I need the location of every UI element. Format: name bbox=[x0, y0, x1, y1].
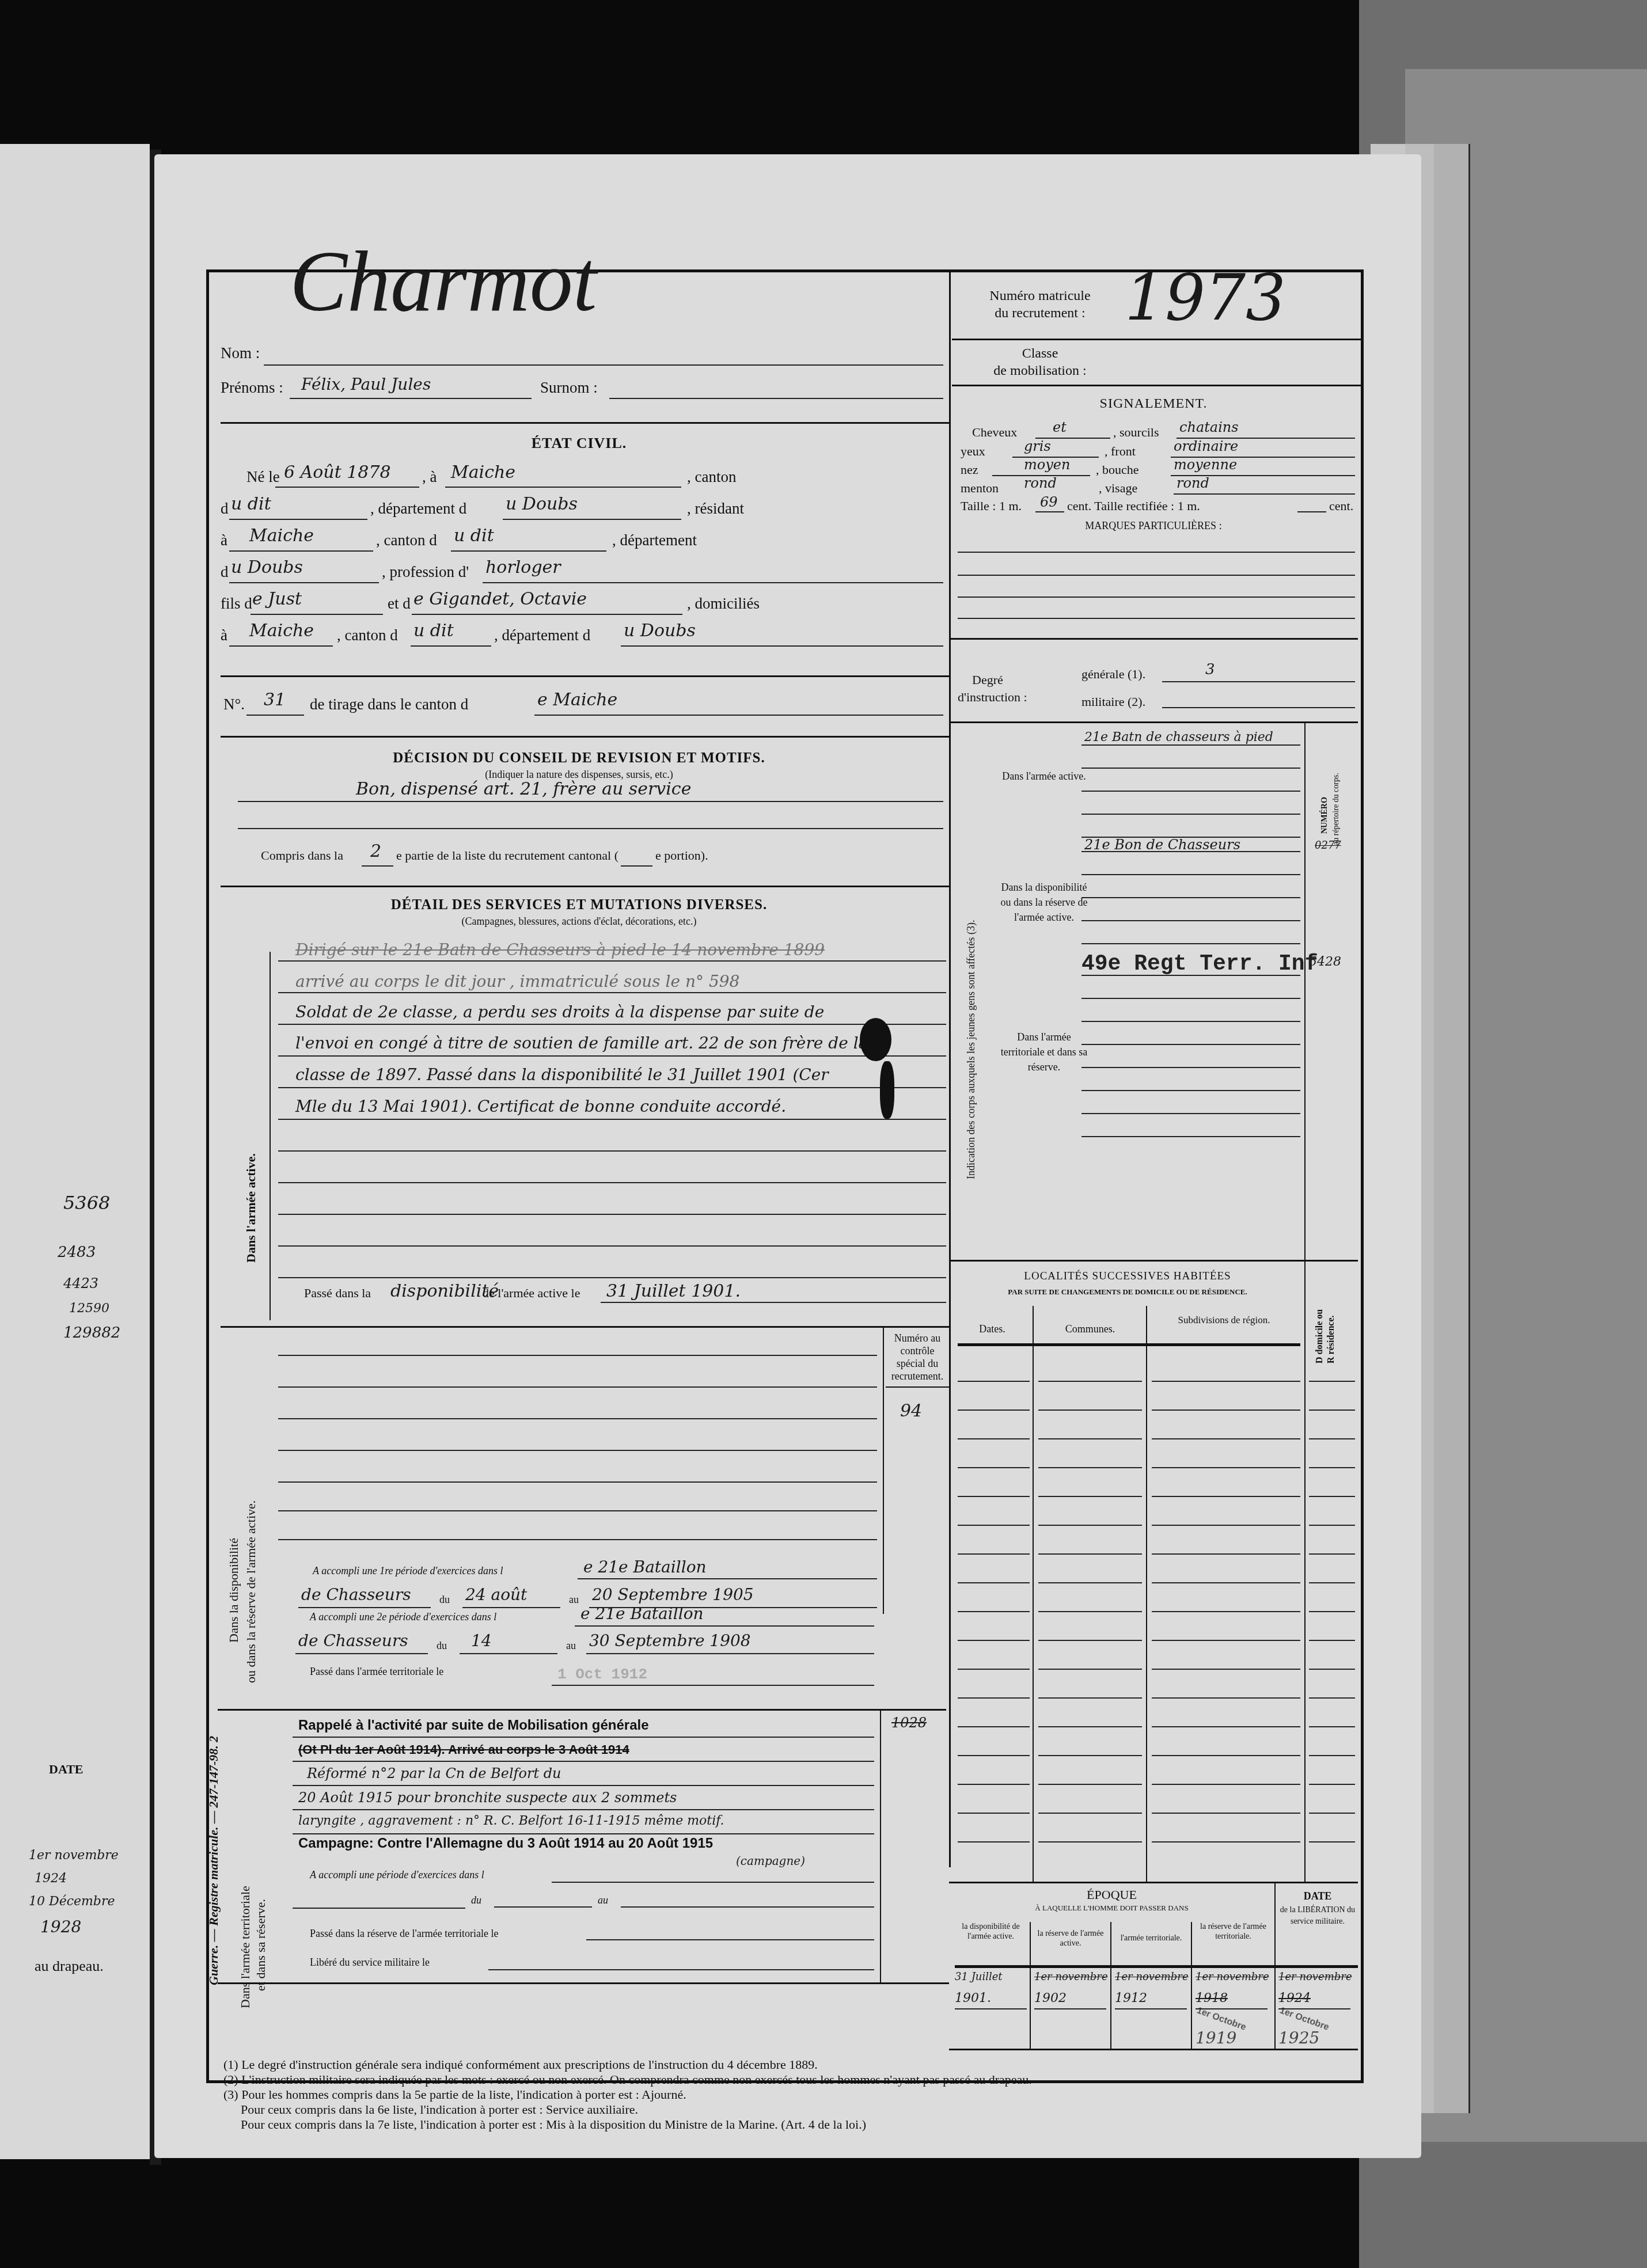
field-line bbox=[298, 1607, 431, 1608]
parents-residence: Maiche bbox=[249, 621, 314, 641]
field-line bbox=[601, 1302, 946, 1303]
field-line bbox=[278, 1087, 946, 1088]
left-number-1: 5368 bbox=[63, 1192, 110, 1214]
classe-label-2: de mobilisation : bbox=[968, 363, 1112, 379]
residence-departement: u Doubs bbox=[231, 557, 303, 578]
matricule-label-2: du recrutement : bbox=[968, 306, 1112, 321]
services-subtitle: (Campagnes, blessures, actions d'éclat, … bbox=[209, 915, 949, 928]
left-liberation-1: 1er novembre bbox=[29, 1848, 119, 1863]
periode1-unit: e 21e Bataillon bbox=[583, 1557, 707, 1576]
classe-label-1: Classe bbox=[968, 346, 1112, 362]
left-liberation-3: 10 Décembre bbox=[29, 1894, 115, 1909]
mere: e Gigandet, Octavie bbox=[413, 589, 587, 609]
ink-blot bbox=[860, 1018, 891, 1061]
left-number-2: 2483 bbox=[58, 1244, 96, 1261]
residence-canton-label: , canton d bbox=[376, 531, 437, 549]
service-line-1: Dirigé sur le 21e Batn de Chasseurs à pi… bbox=[295, 940, 825, 959]
partie-value: 2 bbox=[370, 841, 381, 861]
periode1-du: 24 août bbox=[465, 1585, 527, 1604]
profession-label: , profession d' bbox=[382, 563, 469, 581]
nom-line bbox=[264, 364, 943, 366]
surnom-label: Surnom : bbox=[540, 379, 598, 397]
departement2-label: , département bbox=[612, 531, 697, 549]
tirage-canton: e Maiche bbox=[537, 690, 617, 710]
passe-label-2: de l'armée active le bbox=[483, 1286, 580, 1301]
services-side-label: Dans l'armée active. bbox=[244, 1153, 259, 1263]
left-liberation-4: 1928 bbox=[40, 1917, 81, 1936]
matricule-value: 1973 bbox=[1125, 261, 1286, 335]
fils-label: fils d bbox=[221, 595, 252, 613]
column-divider bbox=[883, 1326, 884, 1614]
field-line bbox=[503, 519, 681, 520]
parents-a-label: à bbox=[221, 626, 227, 644]
field-line bbox=[278, 1539, 877, 1540]
canton-label: , canton bbox=[687, 468, 736, 486]
column-divider bbox=[949, 272, 951, 1867]
services-title: DÉTAIL DES SERVICES ET MUTATIONS DIVERSE… bbox=[209, 897, 949, 913]
dispo-side-label-1: Dans la disponibilité bbox=[226, 1538, 241, 1643]
field-line bbox=[278, 1245, 946, 1247]
field-line bbox=[278, 1418, 877, 1419]
controle-label: Numéro au contrôle spécial du recrutemen… bbox=[886, 1332, 949, 1382]
residant-label: , résidant bbox=[687, 500, 744, 518]
divider bbox=[221, 675, 949, 677]
birth-canton: u dit bbox=[231, 494, 271, 514]
decision-title: DÉCISION DU CONSEIL DE REVISION ET MOTIF… bbox=[209, 750, 949, 766]
field-line bbox=[246, 715, 304, 716]
prenoms-label: Prénoms : bbox=[221, 379, 283, 397]
passe-date: 31 Juillet 1901. bbox=[606, 1281, 741, 1301]
tirage-label: de tirage dans le canton d bbox=[310, 696, 468, 713]
divider bbox=[886, 1386, 949, 1388]
periode1-au: 20 Septembre 1905 bbox=[592, 1585, 754, 1604]
field-line bbox=[278, 1277, 946, 1278]
ne-le-label: Né le bbox=[246, 468, 280, 486]
divider bbox=[221, 1326, 949, 1328]
passe-label: Passé dans la bbox=[304, 1286, 371, 1301]
periode1-du-label: du bbox=[439, 1594, 450, 1606]
field-line bbox=[445, 487, 681, 488]
departement-label: , département d bbox=[370, 500, 466, 518]
partie-label: e partie de la liste du recrutement cant… bbox=[396, 848, 618, 863]
left-liberation-title: DATE bbox=[49, 1762, 84, 1777]
left-number-4: 12590 bbox=[69, 1301, 109, 1316]
parents-canton-label: , canton d bbox=[337, 626, 398, 644]
periode1-au-label: au bbox=[569, 1594, 579, 1606]
left-page: au drapeau. 5368 2483 4423 12590 129882 … bbox=[0, 144, 150, 2159]
dispo-side-label-2: ou dans la réserve de l'armée active. bbox=[244, 1500, 259, 1683]
birth-date: 6 Août 1878 bbox=[284, 462, 391, 483]
portion-label: e portion). bbox=[655, 848, 708, 863]
nom-value: Charmot bbox=[290, 232, 597, 331]
field-line bbox=[278, 1450, 877, 1451]
residence-canton: u dit bbox=[454, 526, 494, 546]
field-line bbox=[589, 1607, 877, 1608]
field-line bbox=[278, 992, 946, 993]
parents-canton: u dit bbox=[413, 621, 454, 641]
service-line-4: l'envoi en congé à titre de soutien de f… bbox=[295, 1034, 868, 1053]
field-line bbox=[451, 550, 606, 552]
pere: e Just bbox=[252, 589, 302, 609]
parents-departement: u Doubs bbox=[624, 621, 696, 641]
ink-blot bbox=[880, 1061, 894, 1119]
field-line bbox=[278, 1481, 877, 1483]
service-line-6: Mle du 13 Mai 1901). Certificat de bonne… bbox=[295, 1097, 786, 1116]
tirage-no-label: N°. bbox=[223, 696, 245, 713]
field-line bbox=[238, 801, 943, 802]
field-line bbox=[534, 715, 943, 716]
residence-a-label: à bbox=[221, 531, 227, 549]
service-line-3: Soldat de 2e classe, a perdu ses droits … bbox=[295, 1002, 824, 1021]
field-line bbox=[278, 1024, 946, 1025]
periode1-label: A accompli une 1re période d'exercices d… bbox=[313, 1565, 503, 1577]
field-line bbox=[362, 865, 393, 867]
service-line-5: classe de 1897. Passé dans la disponibil… bbox=[295, 1065, 829, 1084]
canton-prefix: d bbox=[221, 500, 229, 518]
surnom-line bbox=[609, 398, 943, 399]
left-number-3: 4423 bbox=[63, 1275, 98, 1291]
prenoms-value: Félix, Paul Jules bbox=[301, 375, 431, 394]
parents-dept-label: , département d bbox=[494, 626, 590, 644]
divider bbox=[221, 422, 949, 424]
matricule-label-1: Numéro matricule bbox=[968, 288, 1112, 304]
field-line bbox=[412, 614, 682, 615]
field-line bbox=[621, 645, 943, 647]
field-line bbox=[278, 1182, 946, 1183]
residence-dept-prefix: d bbox=[221, 563, 229, 581]
a-label: , à bbox=[422, 468, 437, 486]
field-line bbox=[229, 519, 367, 520]
divider bbox=[221, 736, 949, 738]
field-line bbox=[251, 614, 383, 615]
tirage-no: 31 bbox=[264, 690, 286, 710]
field-line bbox=[462, 1607, 560, 1608]
controle-value: 94 bbox=[900, 1401, 922, 1421]
periode1-unit2: de Chasseurs bbox=[301, 1585, 411, 1604]
field-line bbox=[229, 582, 379, 583]
compris-label: Compris dans la bbox=[261, 848, 343, 863]
page-stack-3 bbox=[1434, 144, 1470, 2113]
field-line bbox=[278, 1150, 946, 1152]
field-line bbox=[275, 487, 419, 488]
field-line bbox=[483, 582, 943, 583]
prenoms-line bbox=[290, 398, 532, 399]
divider bbox=[952, 339, 1361, 340]
field-line bbox=[278, 1510, 877, 1511]
field-line bbox=[278, 1119, 946, 1120]
field-line bbox=[411, 645, 491, 647]
matricule-form: Charmot Nom : Prénoms : Félix, Paul Jule… bbox=[206, 269, 1364, 2083]
field-line bbox=[278, 1214, 946, 1215]
birth-place: Maiche bbox=[451, 462, 515, 483]
nom-label: Nom : bbox=[221, 344, 260, 362]
field-line bbox=[278, 1386, 877, 1388]
domicilies-label: , domiciliés bbox=[687, 595, 760, 613]
profession: horloger bbox=[485, 557, 561, 578]
decision-text: Bon, dispensé art. 21, frère au service bbox=[356, 779, 691, 799]
field-line bbox=[578, 1578, 877, 1579]
service-line-2: arrivé au corps le dit jour , immatricul… bbox=[295, 972, 739, 991]
field-line bbox=[229, 550, 373, 552]
field-line bbox=[278, 960, 946, 962]
field-line bbox=[278, 1355, 877, 1356]
field-line bbox=[621, 865, 652, 867]
bracket bbox=[270, 952, 271, 1320]
birth-departement: u Doubs bbox=[506, 494, 578, 514]
left-number-5: 129882 bbox=[63, 1324, 120, 1342]
divider bbox=[221, 886, 949, 887]
etat-civil-title: ÉTAT CIVIL. bbox=[209, 435, 949, 452]
divider bbox=[952, 385, 1361, 386]
et-label: et d bbox=[388, 595, 411, 613]
field-line bbox=[278, 1055, 946, 1057]
left-page-footer: au drapeau. bbox=[35, 1958, 104, 1975]
left-liberation-2: 1924 bbox=[35, 1871, 67, 1886]
field-line bbox=[229, 645, 333, 647]
field-line bbox=[238, 828, 943, 829]
residence: Maiche bbox=[249, 526, 314, 546]
